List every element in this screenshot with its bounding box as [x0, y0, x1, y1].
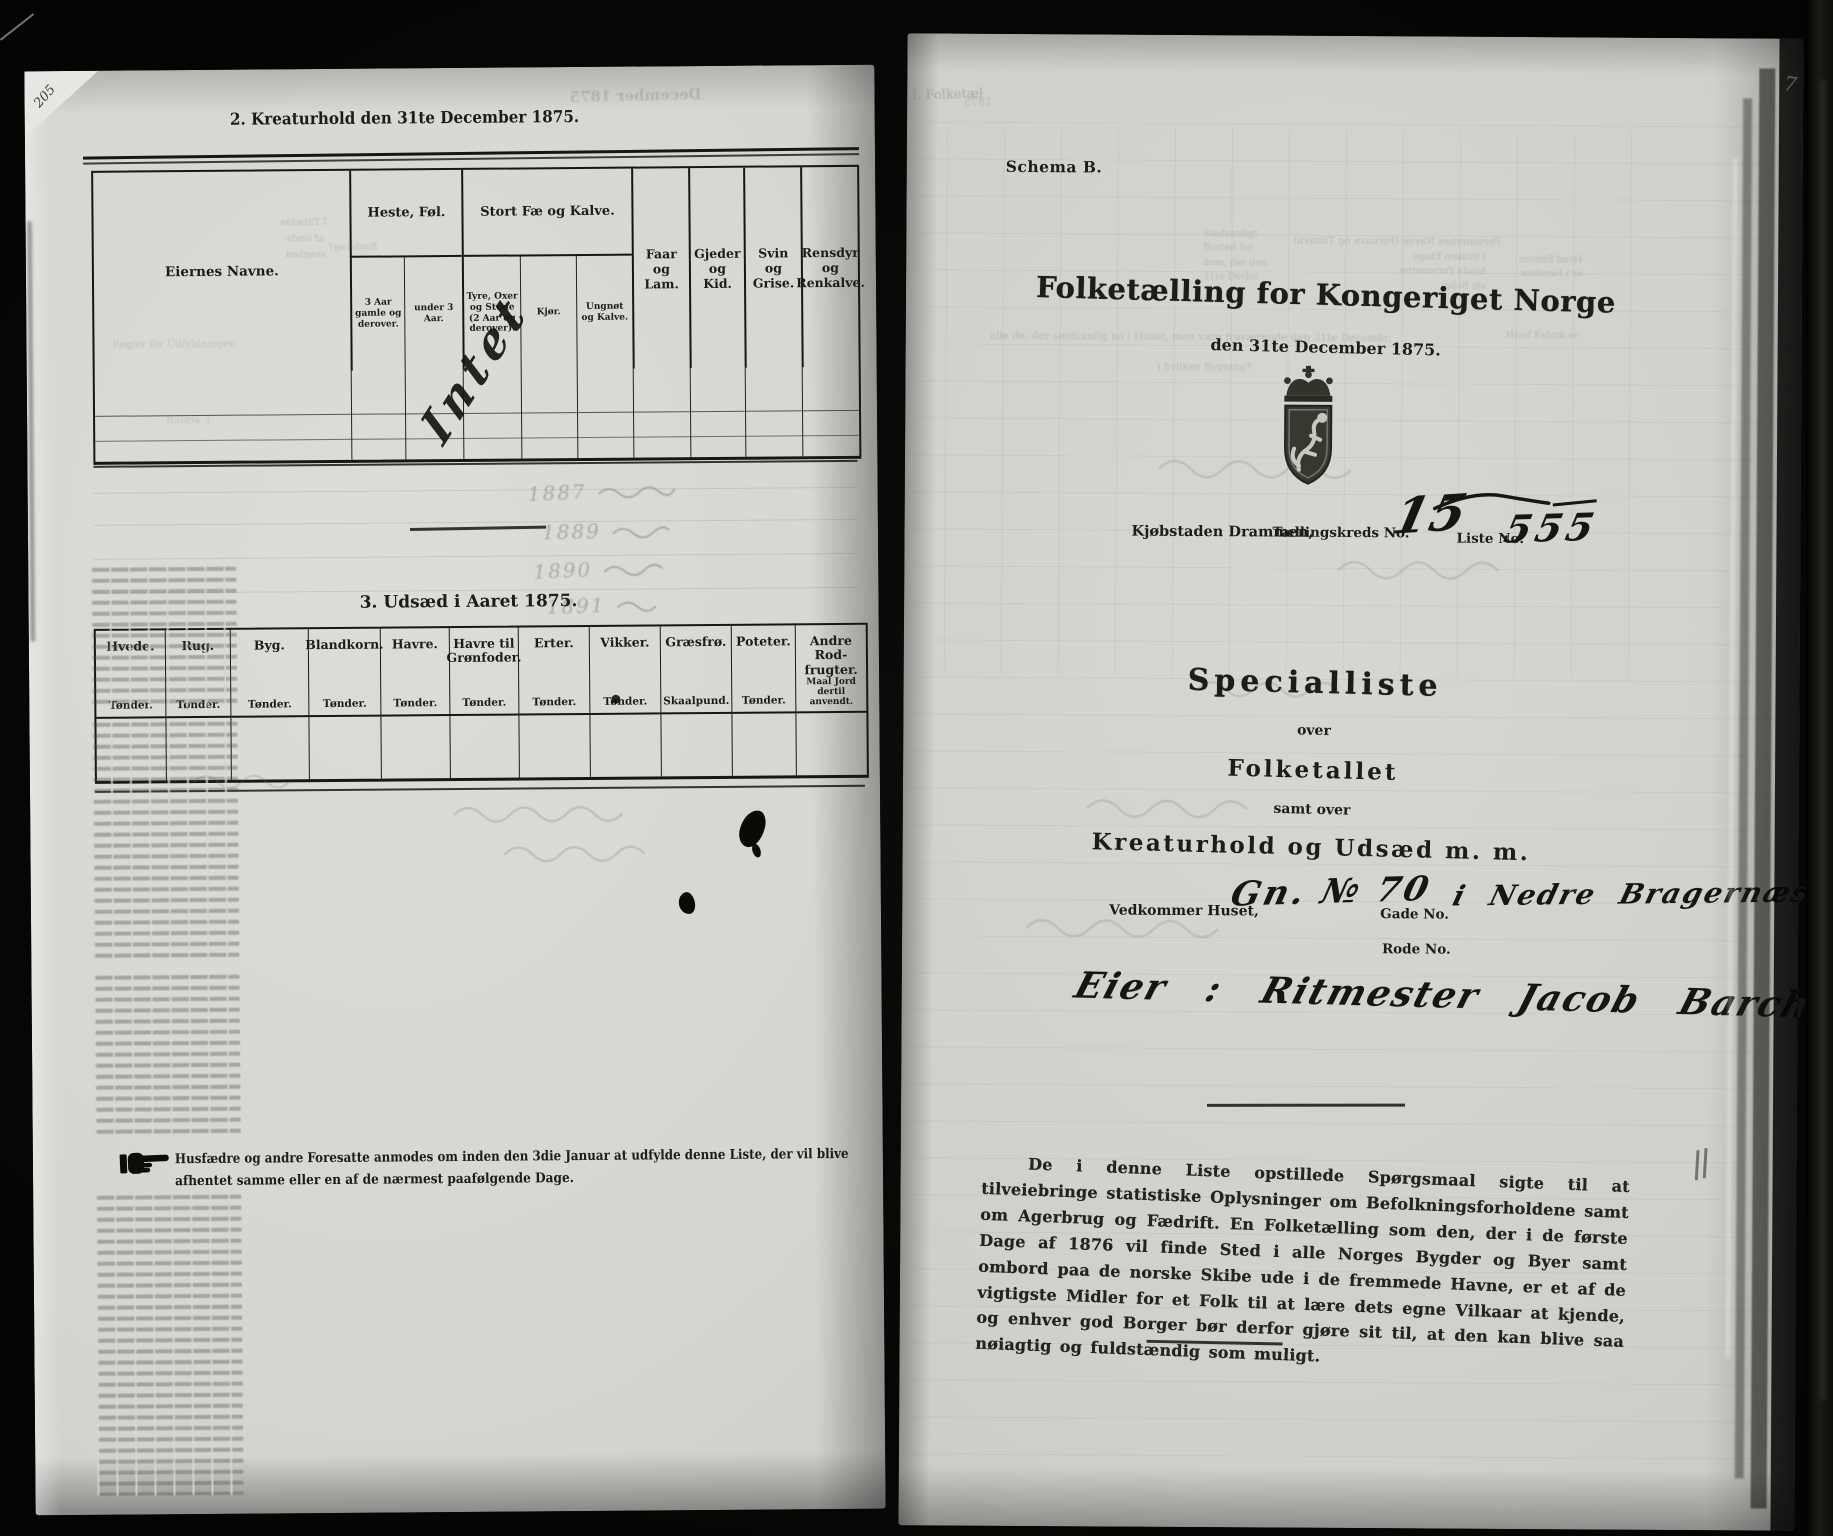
- table3-col-poteter: Poteter.Tønder.: [731, 625, 796, 713]
- col-label: Blandkorn.: [305, 638, 383, 653]
- heste-group-label: Heste, Føl.: [367, 205, 445, 221]
- table3-col-havre-groenfoder: Havre til Grønfoder.Tønder.: [449, 628, 519, 717]
- section-dash: [410, 526, 546, 531]
- col-unit: Skaalpund.: [663, 695, 729, 708]
- ink-blot: [677, 891, 696, 915]
- table2-body-cell: [802, 367, 860, 456]
- scratch-mark: [0, 13, 34, 40]
- margin-instructions-block: [93, 975, 240, 1136]
- col-label: Havre til Grønfoder.: [446, 636, 521, 665]
- table3-col-rodfrugter: Andre Rod- frugter.Maal Jord dertil anve…: [795, 625, 867, 714]
- col-label: Byg.: [254, 638, 285, 653]
- gade-label: Gade No.: [1380, 906, 1449, 922]
- ink-blot: [750, 843, 762, 859]
- table2-body-cell: [633, 368, 691, 457]
- table3-body-cell: [449, 715, 518, 778]
- year-text: 1887: [527, 480, 587, 506]
- footer-note-line2: afhentet samme eller en af de nærmest pa…: [175, 1167, 618, 1189]
- specialliste-over: over: [1054, 716, 1574, 745]
- bleedthrough-fragment: Sindsvag?: [329, 242, 378, 253]
- col-unit: Tønder.: [393, 697, 437, 709]
- sub-kjoer-label: Kjør.: [537, 307, 561, 318]
- col-unit: Tønder.: [742, 694, 786, 706]
- specialliste-folketallet: Folketallet: [1053, 750, 1574, 790]
- bleedthrough-year: 1890: [533, 554, 675, 584]
- table2-col-faar: Faar og Lam.: [631, 168, 690, 368]
- table3-col-blandkorn: Blandkorn.Tønder.: [308, 629, 381, 718]
- sub-ungnoet-label: Ungnøt og Kalve.: [579, 301, 630, 323]
- page-edge-streak: [28, 221, 35, 641]
- cursive-squiggle: [595, 481, 680, 501]
- kreaturhold-title: 2. Kreaturhold den 31te December 1875.: [95, 106, 715, 130]
- gjeder-label: Gjeder og Kid.: [694, 245, 741, 290]
- table2-group-stort-fae: Stort Fæ og Kalve.: [461, 169, 632, 257]
- left-page: 205 December 1875 2. Kreaturhold den 31t…: [24, 65, 885, 1516]
- table2-body-cell: [745, 367, 803, 456]
- footer-note-line1: Husfædre og andre Foresatte anmodes om i…: [175, 1142, 941, 1167]
- year-text: 1889: [542, 519, 601, 544]
- svin-label: Svin og Grise.: [750, 245, 797, 290]
- bleedthrough-year: 1887: [527, 476, 679, 506]
- col-label: Græsfrø.: [665, 635, 726, 650]
- bleedthrough-fragment: svaghed: [286, 249, 326, 260]
- margin-instructions-block: [91, 722, 239, 963]
- table2-sub-3aar: 3 Aar gamle og derover.: [350, 257, 405, 370]
- col-unit: Tønder.: [462, 697, 506, 709]
- udsaed-title: 3. Udsæd i Aaret 1875.: [168, 590, 768, 615]
- table2-body-cell: [351, 370, 406, 459]
- bleedthrough-fragment: Hvad Enhver er i Familien: [1514, 253, 1582, 282]
- table3-col-vikker: Vikker.Tønder.: [589, 626, 661, 715]
- sub-under3-label: under 3 Aar.: [407, 303, 460, 325]
- rensdyr-label: Rensdyr og Renkalve.: [796, 244, 865, 290]
- faint-rule: [94, 487, 858, 494]
- col-label: Poteter.: [736, 634, 791, 649]
- col-unit: Tønder.: [323, 698, 367, 710]
- faint-rule: [94, 519, 858, 526]
- table3-body-cell: [660, 714, 731, 777]
- next-page-edge-highlight: [1820, 80, 1826, 1400]
- scanned-census-book: 205 December 1875 2. Kreaturhold den 31t…: [0, 0, 1833, 1536]
- col-unit: Tønder.: [248, 698, 292, 710]
- margin-instructions-block: [95, 1195, 243, 1496]
- table3-body-cell: [731, 713, 795, 776]
- table3-body-cell: [518, 715, 589, 778]
- margin-instructions-block: [90, 567, 237, 708]
- specialliste-block: Specialliste over Folketallet samt over …: [1051, 659, 1576, 867]
- cursive-squiggle: [600, 559, 675, 578]
- cursive-squiggle: [609, 523, 673, 541]
- ink-blot: [611, 695, 620, 704]
- rode-label: Rode No.: [1382, 941, 1451, 957]
- col-label: Vikker.: [600, 635, 649, 650]
- owner-underline: [1207, 1104, 1405, 1107]
- col-label: Erter.: [534, 636, 574, 651]
- bleedthrough-fragment: Personernes Navne (Fornavn og Tilnavn): [1293, 236, 1501, 248]
- table3-col-byg: Byg.Tønder.: [230, 629, 309, 718]
- table3-body-cell: [380, 716, 449, 779]
- faint-rule: [94, 553, 858, 560]
- table2-owner-label: Eiernes Navne.: [165, 263, 279, 280]
- col-label: Havre.: [392, 637, 438, 652]
- table3-col-erter: Erter.Tønder.: [518, 627, 590, 716]
- table2-col-gjeder: Gjeder og Kid.: [688, 168, 745, 368]
- table2-col-svin: Svin og Grise.: [743, 167, 802, 367]
- specialliste-samt-over: samt over: [1052, 795, 1572, 824]
- col-label: Andre Rod- frugter.: [798, 634, 864, 678]
- table2-body-cell: [521, 369, 578, 458]
- bleedthrough-header: December 1875: [569, 85, 701, 106]
- right-page: Schema B. I. Folketæl 1875 I hvilken Eta…: [898, 33, 1803, 1530]
- bleedthrough-fragment: i hvilken Bygning?: [1157, 362, 1251, 374]
- bleedthrough-year: 1889: [542, 517, 674, 544]
- table2-sub-ungnoet: Ungnøt og Kalve.: [576, 256, 633, 369]
- col-unit: Tønder.: [532, 696, 576, 708]
- faar-label: Faar og Lam.: [638, 246, 685, 291]
- manicule-icon: [118, 1145, 173, 1179]
- liste-number-handwritten: 555: [1500, 504, 1602, 552]
- table3-body-cell: [589, 714, 660, 777]
- col-unit: Maal Jord dertil anvendt.: [798, 677, 864, 708]
- schema-label: Schema B.: [1006, 157, 1103, 177]
- coat-of-arms-icon: [1271, 366, 1346, 490]
- sub-3aar-label: 3 Aar gamle og derover.: [354, 298, 402, 331]
- table2-body-cell: [577, 369, 634, 458]
- table2-body-cell: [690, 368, 746, 457]
- year-text: 1890: [533, 557, 593, 583]
- bleedthrough-fragment: Regler for Udfyldningen: [112, 339, 235, 351]
- table3-col-havre: Havre.Tønder.: [380, 628, 450, 717]
- bleedthrough-cursive: [1334, 556, 1524, 583]
- table3-body-cell: [795, 713, 866, 776]
- col-unit: Tønder.: [603, 695, 647, 707]
- bleedthrough-cursive: [450, 801, 650, 825]
- bleedthrough-fragment: I Tilfælde: [280, 217, 326, 228]
- explanatory-paragraph: De i denne Liste opstillede Spørgsmaal s…: [975, 1150, 1630, 1381]
- bleedthrough-fragment: af sinds-: [284, 233, 324, 244]
- table3-col-graesfroe: Græsfrø.Skaalpund.: [660, 626, 732, 715]
- bleedthrough-fragment: Rubrik 3.: [166, 415, 213, 426]
- bleedthrough-cursive: [500, 841, 660, 864]
- stort-fae-group-label: Stort Fæ og Kalve.: [480, 203, 615, 220]
- table2-col-rensdyr: Rensdyr og Renkalve.: [800, 167, 859, 367]
- bleedthrough-fragment: 1875: [964, 96, 992, 109]
